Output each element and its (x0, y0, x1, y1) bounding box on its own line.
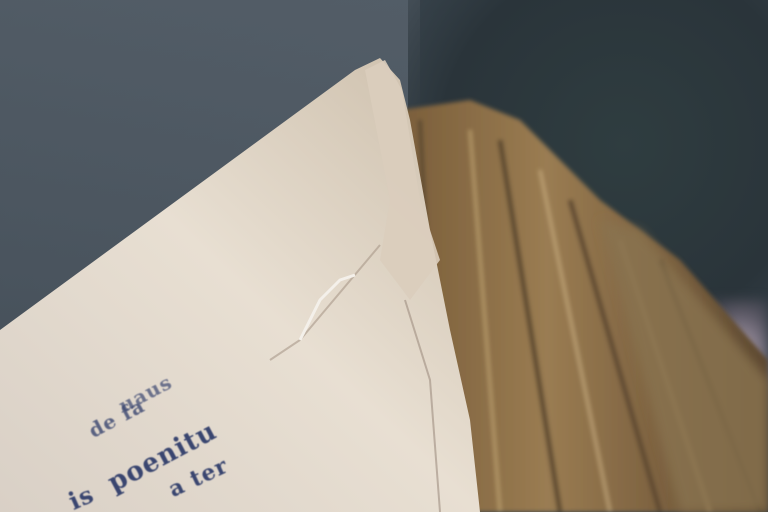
front-page (0, 58, 480, 512)
book (0, 0, 768, 512)
